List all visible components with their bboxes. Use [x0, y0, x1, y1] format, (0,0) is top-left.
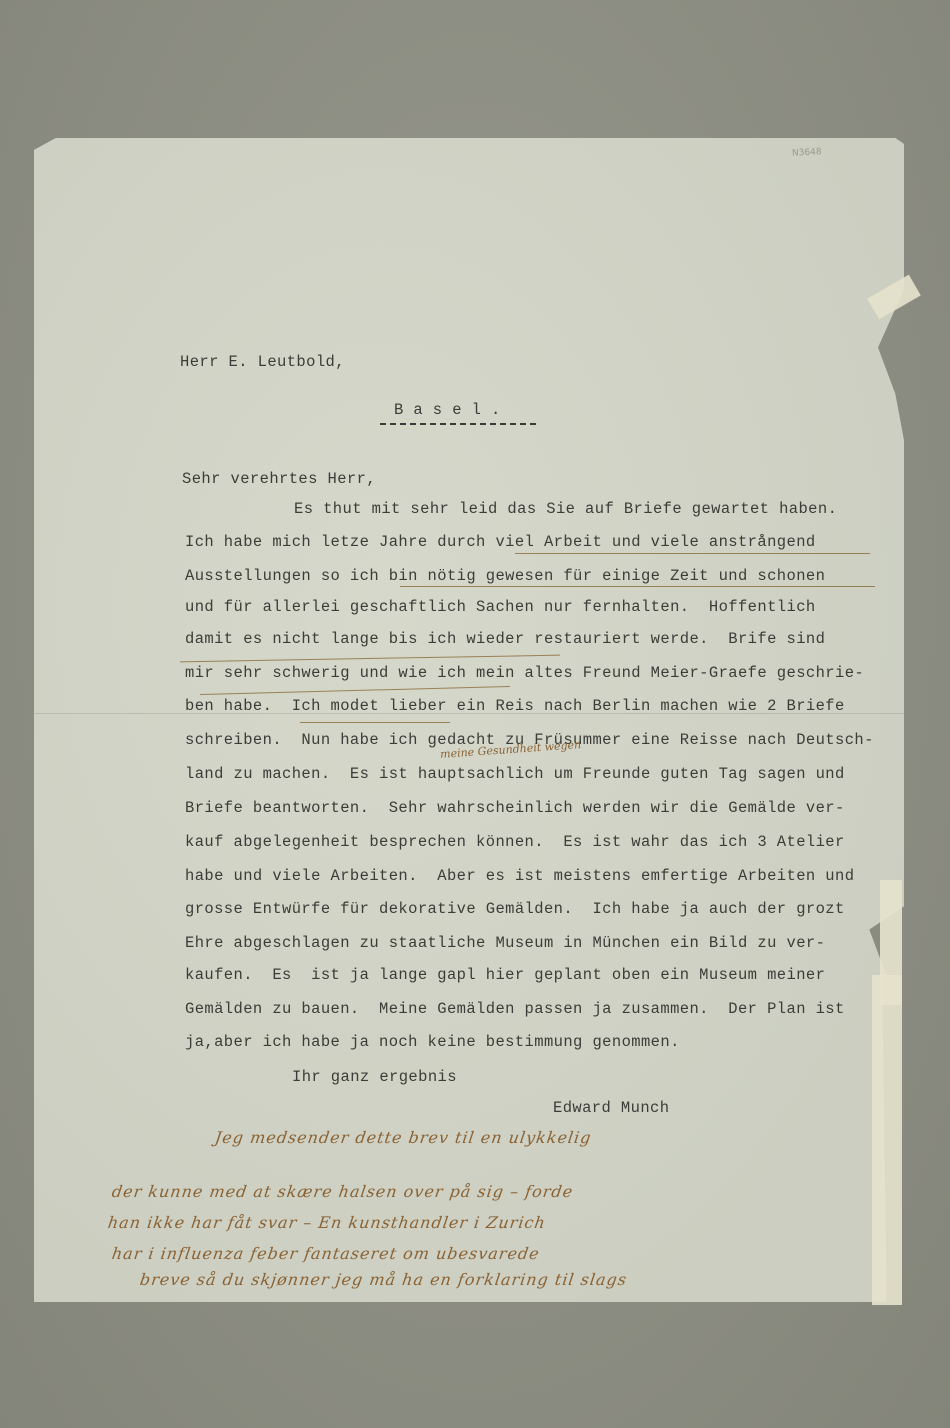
- ink-underline: [515, 553, 870, 554]
- closing: Ihr ganz ergebnis: [292, 1068, 457, 1086]
- body-line: ja,aber ich habe ja noch keine bestimmun…: [185, 1033, 680, 1051]
- body-line: mir sehr schwerig und wie ich mein altes…: [185, 664, 864, 682]
- body-line: Es thut mit sehr leid das Sie auf Briefe…: [294, 500, 837, 518]
- body-line: damit es nicht lange bis ich wieder rest…: [185, 630, 825, 648]
- repair-tape: [880, 880, 902, 1005]
- body-line: ben habe. Ich modet lieber ein Reis nach…: [185, 697, 845, 715]
- body-line: Briefe beantworten. Sehr wahrscheinlich …: [185, 799, 845, 817]
- body-line: Ich habe mich letze Jahre durch viel Arb…: [185, 533, 816, 551]
- city-underline: [380, 423, 536, 425]
- body-line: land zu machen. Es ist hauptsachlich um …: [185, 765, 845, 783]
- repair-tape: [872, 975, 902, 1305]
- body-line: und für allerlei geschaftlich Sachen nur…: [185, 598, 816, 616]
- city-heading: B a s e l .: [394, 401, 501, 419]
- postscript-line: der kunne med at skære halsen over på si…: [111, 1182, 575, 1201]
- body-line: Ausstellungen so ich bin nötig gewesen f…: [185, 567, 825, 585]
- body-line: kauf abgelegenheit besprechen können. Es…: [185, 833, 845, 851]
- ink-underline: [400, 586, 875, 587]
- salutation: Sehr verehrtes Herr,: [182, 470, 376, 488]
- body-line: grosse Entwürfe für dekorative Gemälden.…: [185, 900, 845, 918]
- ink-underline: [300, 722, 450, 723]
- postscript-line: har i influenza feber fantaseret om ubes…: [111, 1244, 541, 1263]
- body-line: kaufen. Es ist ja lange gapl hier geplan…: [185, 966, 825, 984]
- archive-number: N3648: [792, 147, 822, 159]
- addressee: Herr E. Leutbold,: [180, 353, 345, 371]
- body-line: Ehre abgeschlagen zu staatliche Museum i…: [185, 934, 825, 952]
- body-line: habe und viele Arbeiten. Aber es ist mei…: [185, 867, 854, 885]
- postscript-line: han ikke har fåt svar – En kunsthandler …: [107, 1213, 548, 1232]
- body-line: Gemälden zu bauen. Meine Gemälden passen…: [185, 1000, 845, 1018]
- postscript-line: breve så du skjønner jeg må ha en forkla…: [139, 1270, 629, 1289]
- signature: Edward Munch: [553, 1099, 669, 1117]
- postscript-line: Jeg medsender dette brev til en ulykkeli…: [214, 1128, 593, 1147]
